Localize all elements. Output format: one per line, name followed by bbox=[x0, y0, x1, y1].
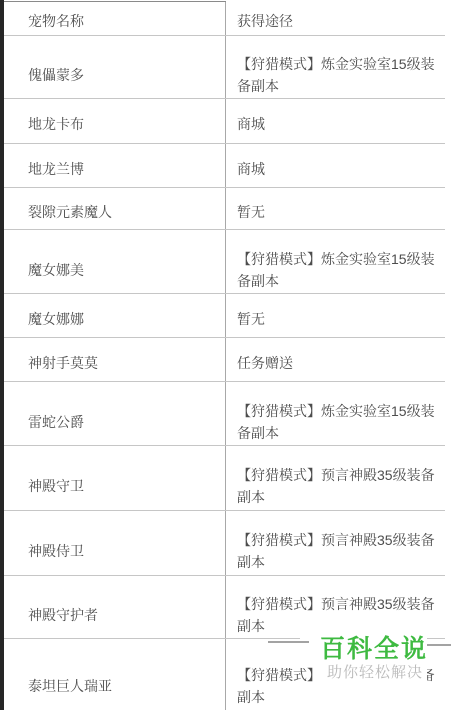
table-row: 地龙兰博商城 bbox=[4, 144, 445, 188]
table-row: 神射手莫莫任务赠送 bbox=[4, 338, 445, 382]
pet-name-cell: 魔女娜美 bbox=[4, 230, 226, 293]
table-row: 神殿守卫【狩猎模式】预言神殿35级装备副本 bbox=[4, 446, 445, 511]
obtain-path-cell: 商城 bbox=[226, 144, 445, 187]
pet-name-cell: 神射手莫莫 bbox=[4, 338, 226, 381]
watermark-left-dash bbox=[268, 641, 309, 643]
pet-name-cell: 神殿侍卫 bbox=[4, 511, 226, 575]
pet-name-cell: 神殿守卫 bbox=[4, 446, 226, 510]
pet-name-cell: 地龙卡布 bbox=[4, 99, 226, 143]
pet-name-header: 宠物名称 bbox=[4, 2, 226, 35]
watermark-title: 百科全说 bbox=[320, 636, 440, 663]
watermark-subtitle: 助你轻松解决 bbox=[327, 664, 437, 682]
obtain-path-cell: 【狩猎模式】炼金实验室15级装备副本 bbox=[226, 230, 445, 293]
table-header-row: 宠物名称获得途径 bbox=[4, 2, 445, 36]
obtain-path-cell: 【狩猎模式】预言神殿35级装备副本 bbox=[226, 511, 445, 575]
pet-name-cell: 雷蛇公爵 bbox=[4, 382, 226, 445]
table-row: 裂隙元素魔人暂无 bbox=[4, 188, 445, 230]
obtain-path-header: 获得途径 bbox=[226, 2, 445, 35]
obtain-path-cell: 商城 bbox=[226, 99, 445, 143]
table-row: 雷蛇公爵【狩猎模式】炼金实验室15级装备副本 bbox=[4, 382, 445, 446]
pet-name-cell: 魔女娜娜 bbox=[4, 294, 226, 337]
obtain-path-cell: 【狩猎模式】预言神殿35级装备副本 bbox=[226, 446, 445, 510]
obtain-path-cell: 【狩猎模式】炼金实验室15级装备副本 bbox=[226, 382, 445, 445]
table-row: 魔女娜美【狩猎模式】炼金实验室15级装备副本 bbox=[4, 230, 445, 294]
table-row: 魔女娜娜暂无 bbox=[4, 294, 445, 338]
obtain-path-cell: 【狩猎模式】炼金实验室15级装备副本 bbox=[226, 36, 445, 98]
page: 宠物名称获得途径傀儡蒙多【狩猎模式】炼金实验室15级装备副本地龙卡布商城地龙兰博… bbox=[0, 0, 451, 710]
pet-name-cell: 泰坦巨人瑞亚 bbox=[4, 639, 226, 710]
table-row: 地龙卡布商城 bbox=[4, 99, 445, 144]
obtain-path-cell: 任务赠送 bbox=[226, 338, 445, 381]
obtain-path-cell: 暂无 bbox=[226, 294, 445, 337]
pet-obtain-table: 宠物名称获得途径傀儡蒙多【狩猎模式】炼金实验室15级装备副本地龙卡布商城地龙兰博… bbox=[4, 2, 445, 710]
pet-name-cell: 裂隙元素魔人 bbox=[4, 188, 226, 229]
pet-name-cell: 地龙兰博 bbox=[4, 144, 226, 187]
table-row: 傀儡蒙多【狩猎模式】炼金实验室15级装备副本 bbox=[4, 36, 445, 99]
obtain-path-cell: 暂无 bbox=[226, 188, 445, 229]
table-row: 神殿侍卫【狩猎模式】预言神殿35级装备副本 bbox=[4, 511, 445, 576]
pet-name-cell: 神殿守护者 bbox=[4, 576, 226, 638]
pet-name-cell: 傀儡蒙多 bbox=[4, 36, 226, 98]
